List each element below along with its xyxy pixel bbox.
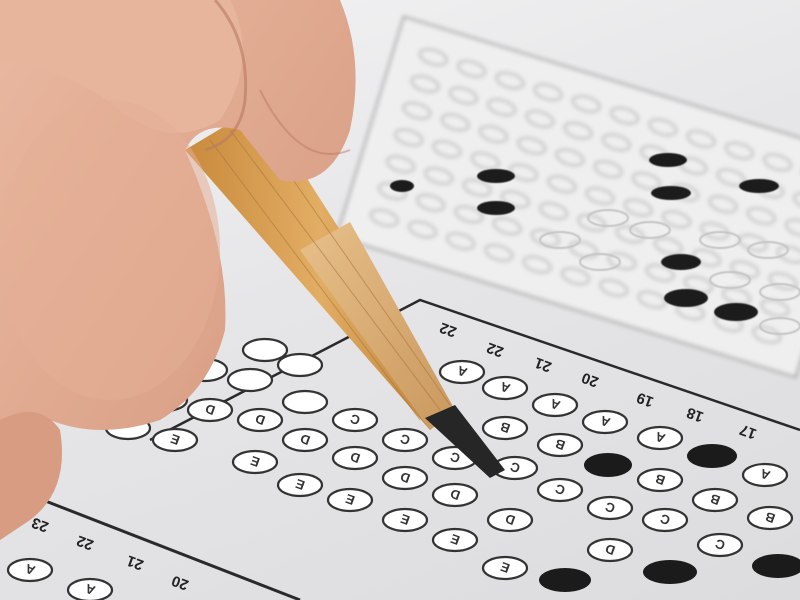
svg-text:21: 21 xyxy=(124,552,145,574)
svg-text:18: 18 xyxy=(684,404,705,426)
omr-photo-illustration: A A A A A A B B B B B C C C C C C C C D … xyxy=(0,0,800,600)
svg-text:22: 22 xyxy=(484,339,505,361)
svg-text:22: 22 xyxy=(437,319,458,341)
svg-text:20: 20 xyxy=(579,369,600,391)
svg-text:22: 22 xyxy=(74,532,95,554)
svg-text:21: 21 xyxy=(532,354,553,376)
svg-text:19: 19 xyxy=(634,389,655,411)
svg-text:20: 20 xyxy=(169,572,190,594)
photo-scene: A A A A A A B B B B B C C C C C C C C D … xyxy=(0,0,800,600)
svg-text:17: 17 xyxy=(737,421,758,443)
